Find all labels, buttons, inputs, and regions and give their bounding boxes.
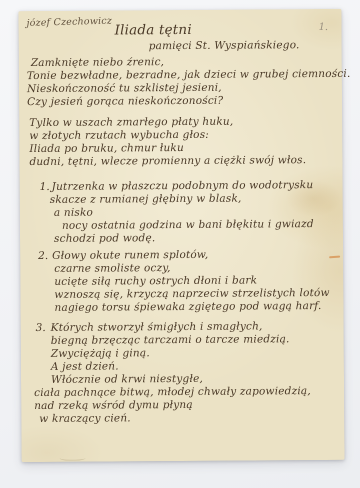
stanza-refrain: Tylko w uszach zmarłego płaty huku,w zło… [19, 115, 342, 169]
photo-background: { "photo": { "background_color": "#f2f3f… [0, 0, 360, 488]
poem-line: Jutrzenka w płaszczu podobnym do wodotry… [52, 179, 343, 194]
stanza-lines: Jutrzenka w płaszczu podobnym do wodotry… [20, 179, 343, 246]
poem-line: schodzi pod wodę. [54, 231, 343, 246]
poem-line: nocy ostatnia godzina w bani błękitu i g… [62, 218, 343, 233]
page-number: 1. [319, 22, 329, 33]
stanza-intro: Zamknięte niebo źrenic,Tonie bezwładne, … [19, 55, 342, 109]
poem-line: nagiego torsu śpiewaka zgiętego pod wagą… [54, 300, 343, 315]
poem-title: Iliada tętni [115, 22, 192, 39]
stanza-lines: Tylko w uszach zmarłego płaty huku,w zło… [19, 115, 342, 169]
poem-line: ciała pachnące bitwą, młodej chwały zapo… [34, 385, 344, 400]
poem-line: Czy jesień gorąca nieskończoności? [27, 94, 342, 109]
stanza-lines: Zamknięte niebo źrenic,Tonie bezwładne, … [19, 55, 342, 109]
manuscript-paper: józef Czechowicz Iliada tętni pamięci St… [18, 9, 344, 462]
stanza-1: 1. Jutrzenka w płaszczu podobnym do wodo… [20, 179, 343, 246]
stanza-lines: Głowy okute runem splotów,czarne smolist… [20, 248, 343, 315]
poem-line: w kraczący cień. [39, 411, 344, 426]
stanza-lines: Których stworzył śmigłych i smagłych,bie… [21, 320, 345, 426]
author-signature: józef Czechowicz [26, 16, 112, 29]
stanza-3: 3. Których stworzył śmigłych i smagłych,… [21, 320, 345, 426]
dedication: pamięci St. Wyspiańskiego. [149, 39, 300, 52]
poem-line: dudni, tętni, wlecze promienny a ciężki … [29, 154, 342, 169]
stanza-2: 2. Głowy okute runem splotów,czarne smol… [20, 248, 343, 315]
poem-line: Tonie bezwładne, bezradne, jak dzieci w … [27, 68, 342, 83]
paper-fold-crease [60, 454, 86, 461]
